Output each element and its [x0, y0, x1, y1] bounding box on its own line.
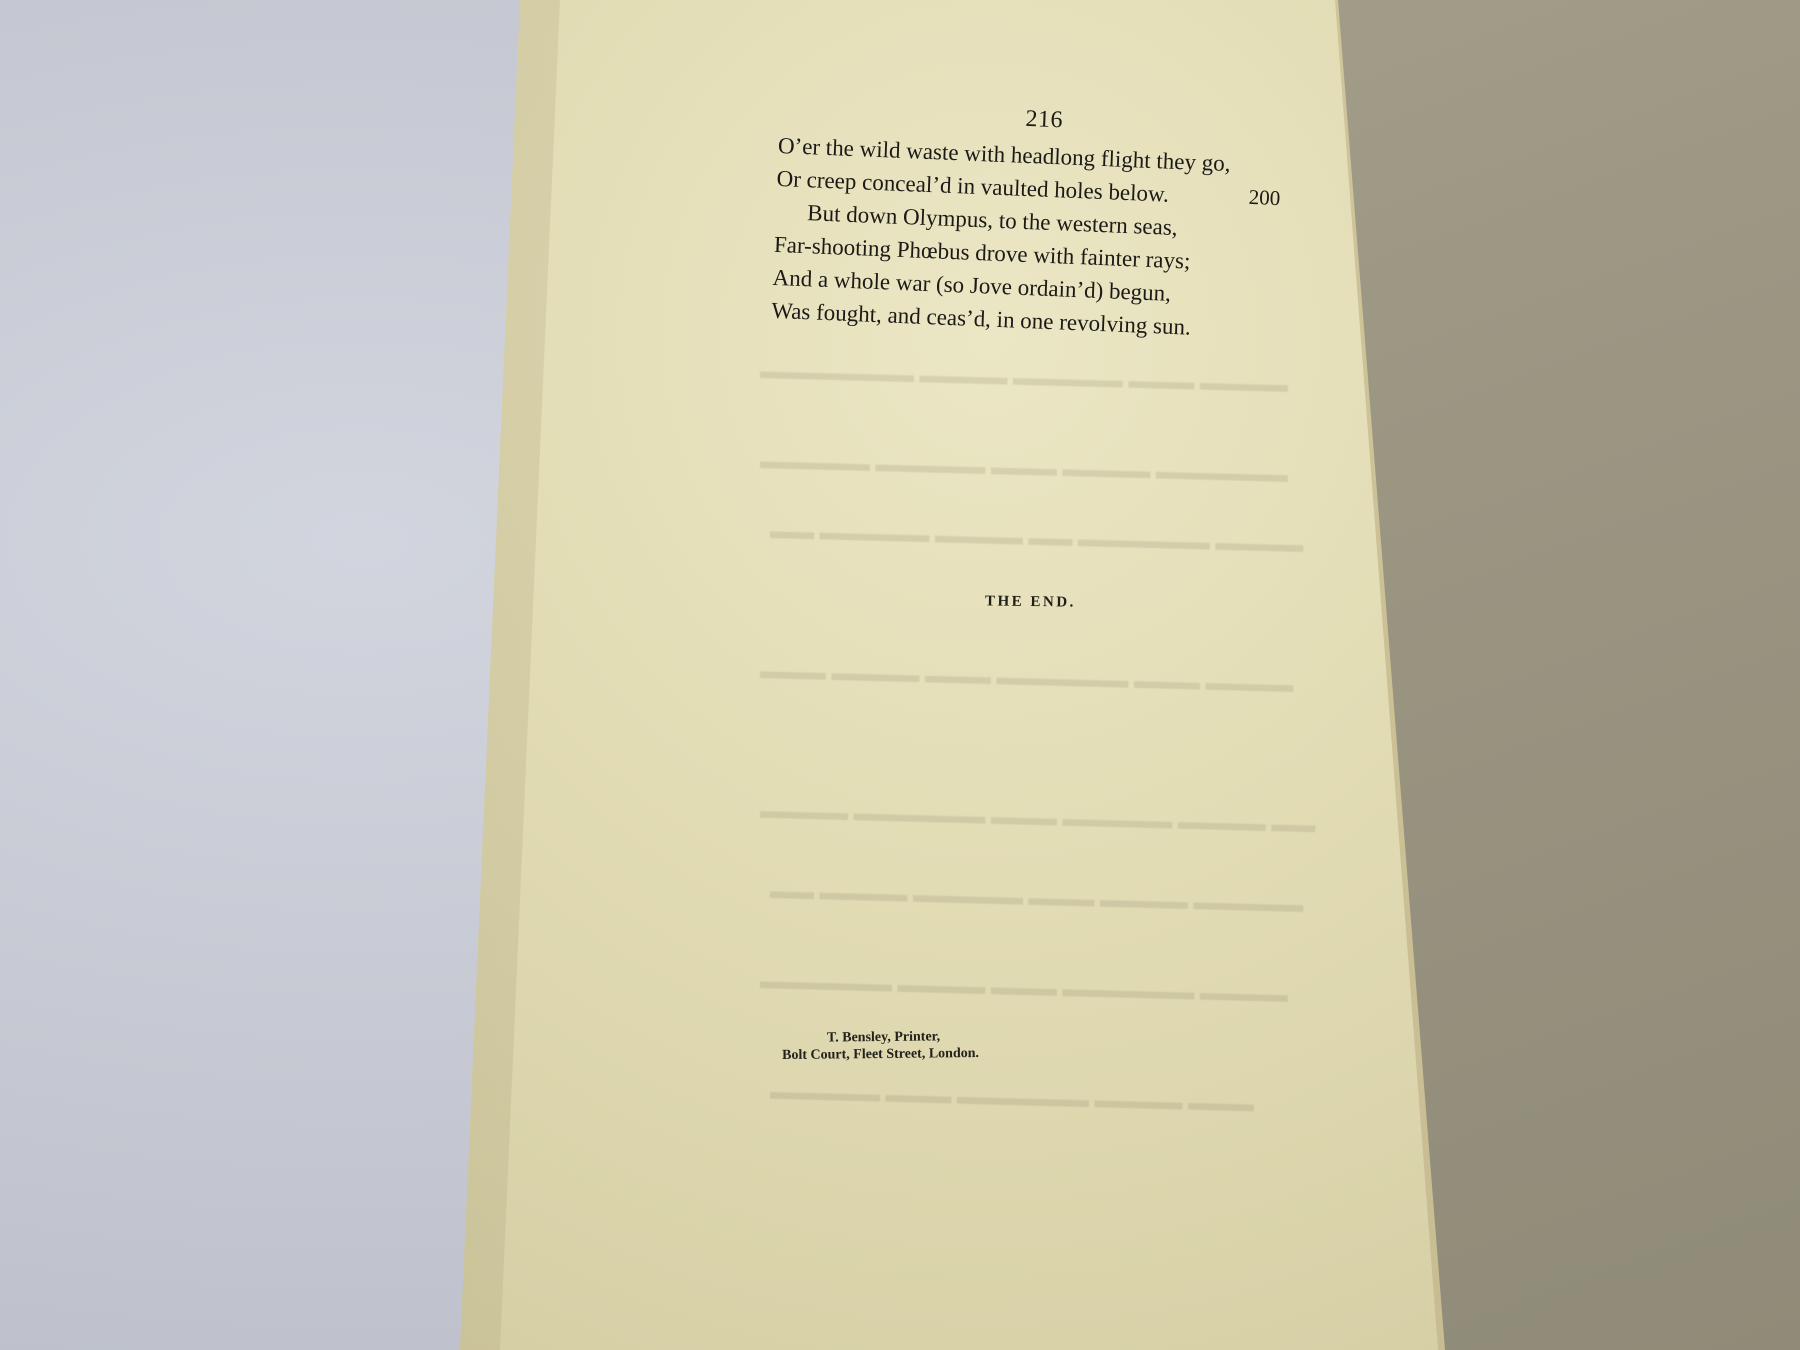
printer-imprint: T. Bensley, Printer, Bolt Court, Fleet S… [782, 1028, 979, 1064]
the-end-heading: THE END. [985, 593, 1076, 611]
line-number: 200 [1248, 181, 1281, 215]
imprint-address: Bolt Court, Fleet Street, London. [782, 1045, 979, 1064]
imprint-printer: T. Bensley, Printer, [782, 1028, 979, 1047]
poem-text-block: 216 O’er the wild waste with headlong fl… [771, 96, 1300, 348]
